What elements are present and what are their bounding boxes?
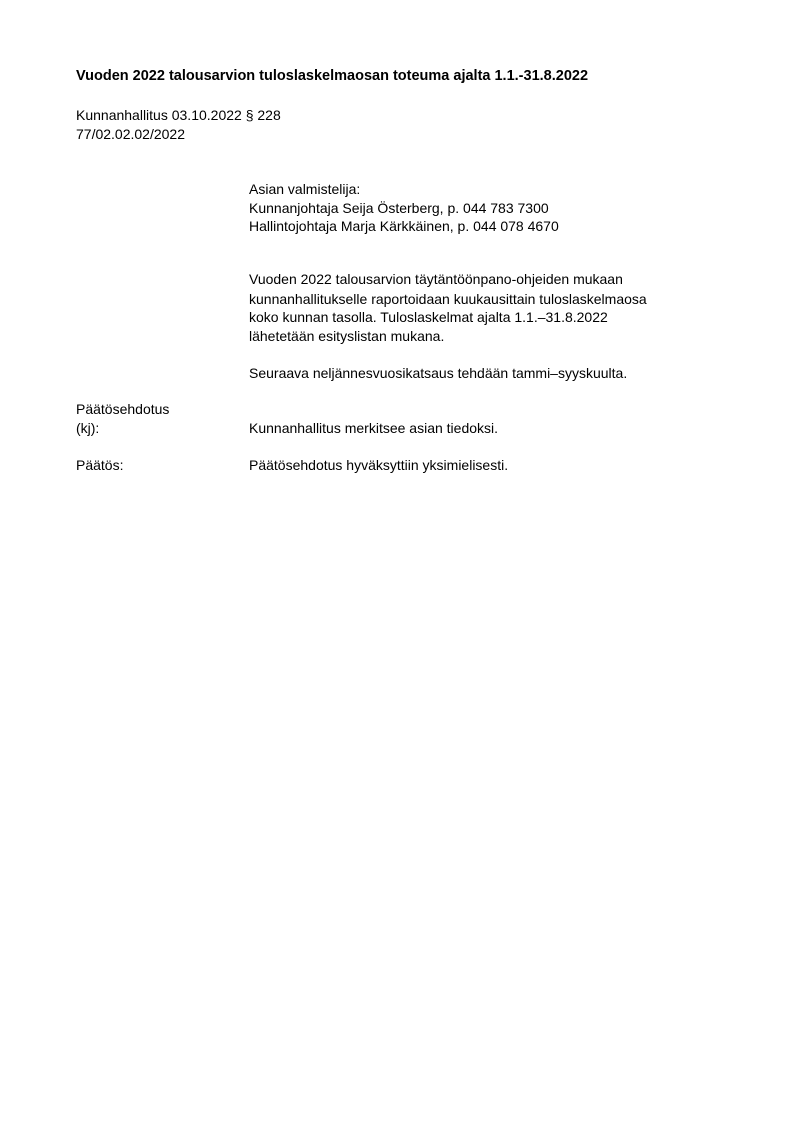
preparer-line: Hallintojohtaja Marja Kärkkäinen, p. 044… <box>249 217 559 236</box>
decision-label: Päätös: <box>76 456 123 475</box>
meeting-line: Kunnanhallitus 03.10.2022 § 228 <box>76 106 281 125</box>
followup-text: Seuraava neljännesvuosikatsaus tehdään t… <box>249 364 627 383</box>
proposal-label: Päätösehdotus <box>76 400 169 419</box>
body-line: koko kunnan tasolla. Tuloslaskelmat ajal… <box>249 308 608 327</box>
preparer-line: Kunnanjohtaja Seija Österberg, p. 044 78… <box>249 199 549 218</box>
body-line: kunnanhallitukselle raportoidaan kuukaus… <box>249 290 647 309</box>
reference-number: 77/02.02.02/2022 <box>76 125 185 144</box>
document-title: Vuoden 2022 talousarvion tuloslaskelmaos… <box>76 67 588 86</box>
decision-text: Päätösehdotus hyväksyttiin yksimielisest… <box>249 456 508 475</box>
body-line: Vuoden 2022 talousarvion täytäntöönpano-… <box>249 270 623 289</box>
preparer-heading: Asian valmistelija: <box>249 180 360 199</box>
proposal-label-suffix: (kj): <box>76 419 99 438</box>
proposal-text: Kunnanhallitus merkitsee asian tiedoksi. <box>249 419 498 438</box>
body-line: lähetetään esityslistan mukana. <box>249 327 444 346</box>
